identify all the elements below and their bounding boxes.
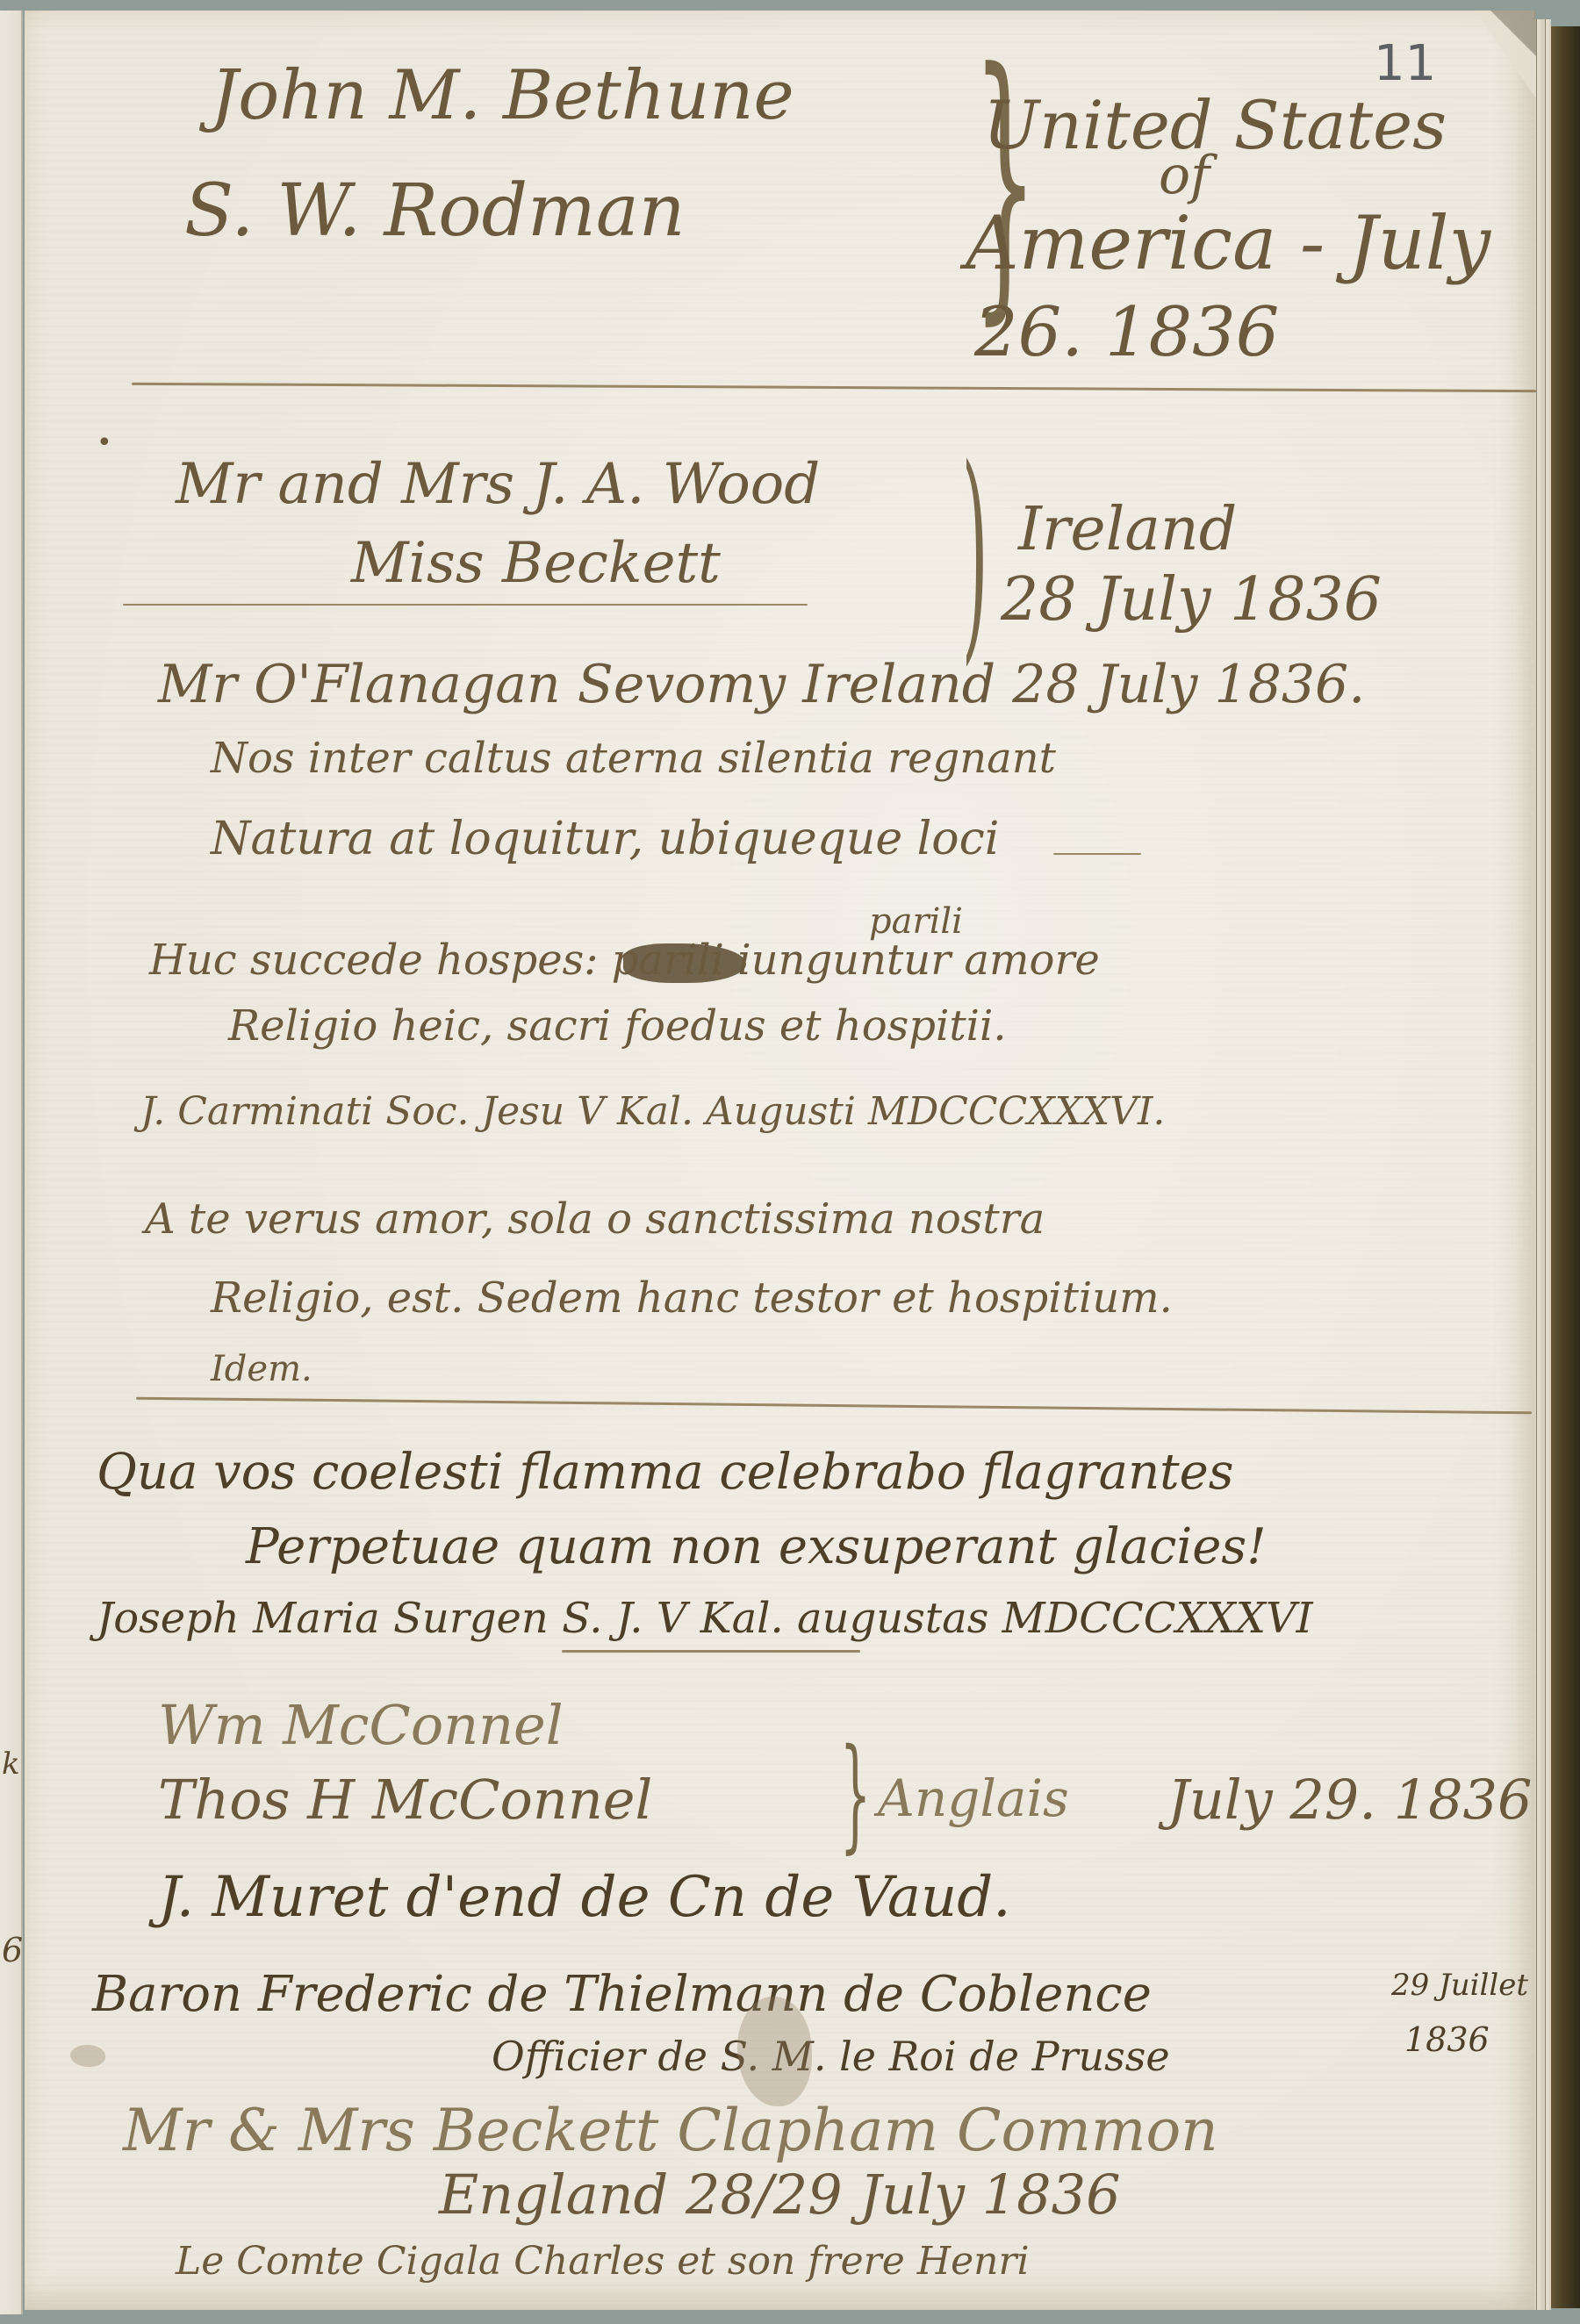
bullet-dot: • (97, 430, 112, 456)
entry-name: S. W. Rodman (184, 176, 686, 247)
verse-line: Huc succede hospes: parili iunguntur amo… (149, 939, 1100, 981)
entry-date: 28 July 1836 (1001, 570, 1382, 630)
entry-line: Officier de S. M. le Roi de Prusse (492, 2036, 1170, 2077)
book-binding (1549, 26, 1580, 2308)
entry-origin: America - July (966, 206, 1490, 280)
entry-name: Wm McConnel (158, 1698, 564, 1753)
entry-line: Mr & Mrs Beckett Clapham Common (123, 2102, 1218, 2160)
verse-line: Religio, est. Sedem hanc testor et hospi… (211, 1277, 1173, 1319)
page-number: 11 (1374, 35, 1436, 92)
verse-correction: parili (869, 904, 963, 939)
verse-line: Nos inter caltus aterna silentia regnant (211, 737, 1056, 779)
entry-origin: Ireland (1018, 500, 1237, 560)
entry-date: July 29. 1836 (1167, 1773, 1532, 1827)
entry-line: Baron Frederic de Thielmann de Coblence (92, 1970, 1152, 2019)
entry-line: England 28/29 July 1836 (439, 2168, 1121, 2222)
entry-origin: Anglais (878, 1773, 1069, 1824)
entry-date: 26. 1836 (974, 298, 1279, 367)
manuscript-page (25, 11, 1534, 2310)
verse-signature: J. Carminati Soc. Jesu V Kal. Augusti MD… (140, 1093, 1165, 1131)
brace: } (840, 1733, 872, 1856)
entry-line: Le Comte Cigala Charles et son frere Hen… (176, 2242, 1030, 2281)
entry-name: Thos H McConnel (158, 1773, 652, 1827)
water-stain (70, 2045, 105, 2067)
entry-line: J. Muret d'end de Cn de Vaud. (158, 1869, 1011, 1926)
page-edges (1532, 19, 1551, 2310)
entry-origin: of (1159, 149, 1210, 202)
verse-signature: Joseph Maria Surgen S. J. V Kal. augusta… (97, 1597, 1313, 1639)
entry-name: Mr and Mrs J. A. Wood (176, 456, 820, 513)
verse-line: Qua vos coelesti flamma celebrabo flagra… (97, 1448, 1234, 1497)
underline (1053, 853, 1141, 855)
facing-page-mark: k (2, 1747, 20, 1782)
verse-line: A te verus amor, sola o sanctissima nost… (145, 1198, 1045, 1240)
entry-date: 1836 (1404, 2023, 1490, 2056)
verse-line: Religio heic, sacri foedus et hospitii. (228, 1005, 1007, 1047)
verse-line: Natura at loquitur, ubiqueque loci (211, 816, 999, 862)
entry-line: Mr O'Flanagan Sevomy Ireland 28 July 183… (158, 658, 1365, 711)
verse-line: Perpetuae quam non exsuperant glacies! (246, 1523, 1267, 1572)
brace: ) (962, 439, 988, 667)
entry-name: John M. Bethune (211, 61, 794, 130)
facing-page-mark: 6 (2, 1931, 23, 1969)
underline (123, 604, 808, 606)
entry-name: Miss Beckett (351, 535, 721, 592)
underline (562, 1650, 860, 1653)
entry-origin: United States (983, 92, 1447, 159)
verse-signature: Idem. (211, 1352, 312, 1387)
entry-date: 29 Juillet (1391, 1970, 1528, 2000)
